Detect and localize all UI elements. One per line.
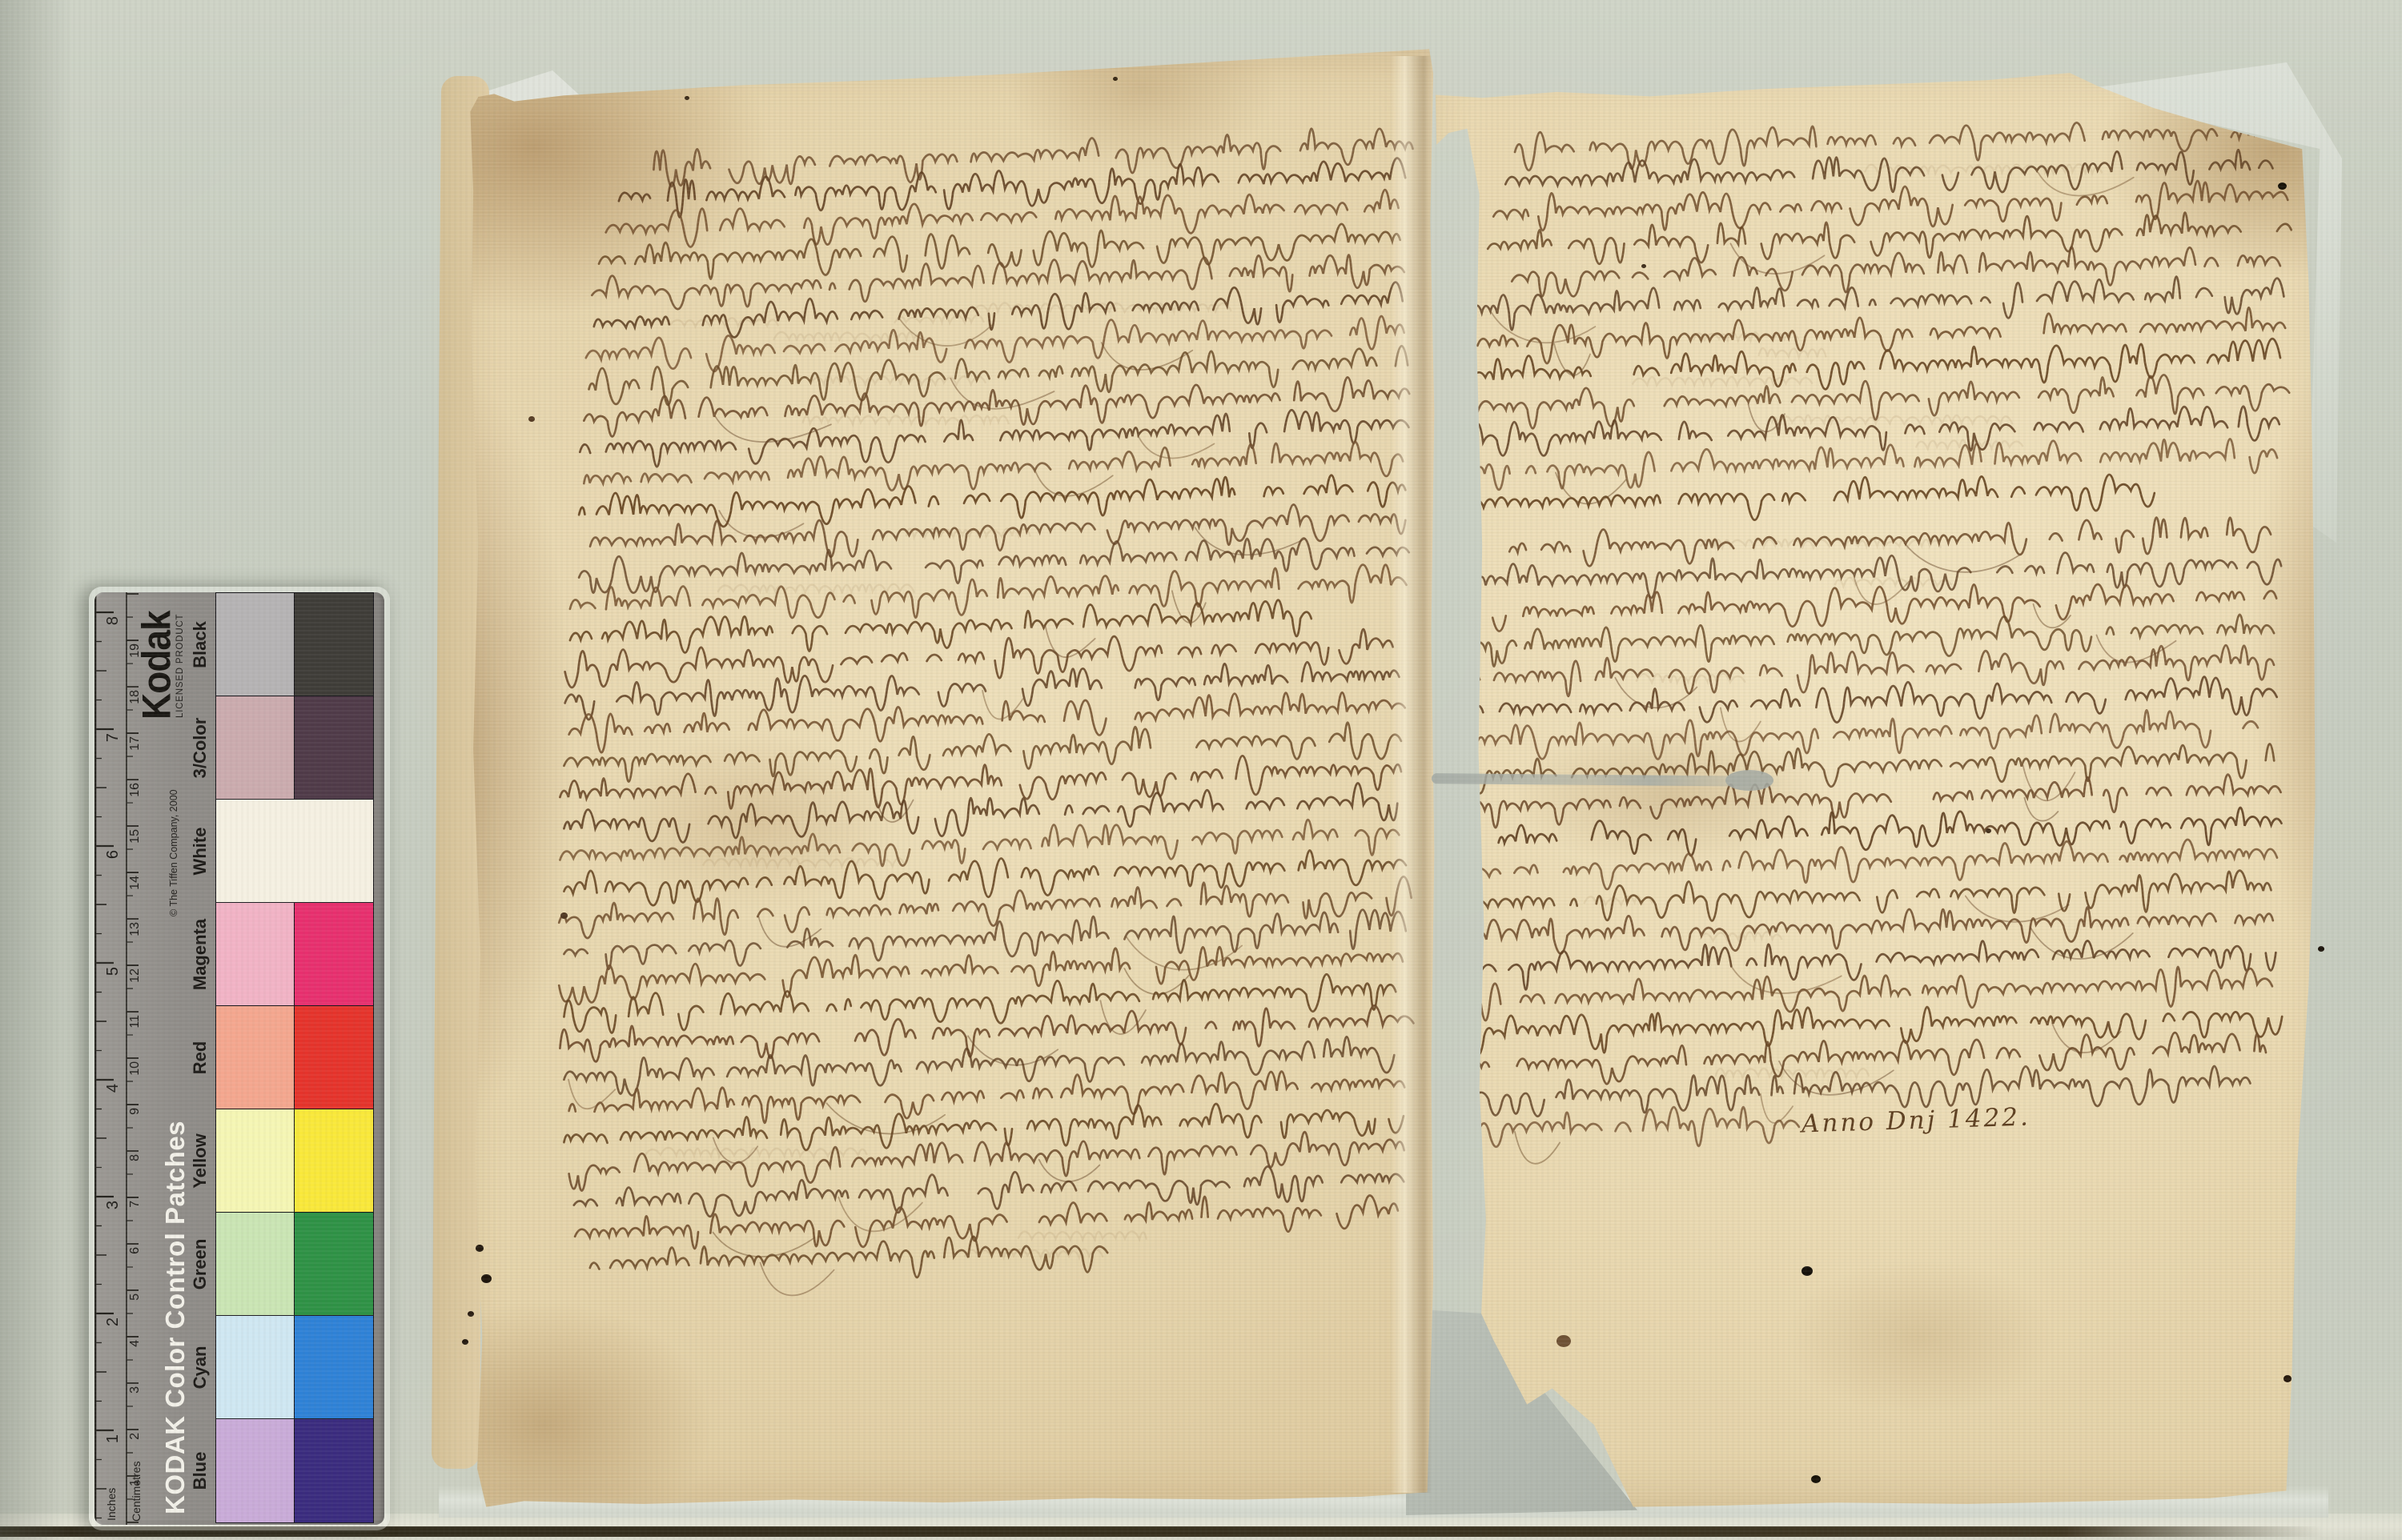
strip-copyright: © The Tiffen Company, 2000 [168, 789, 179, 916]
handwritten-line [564, 1037, 1412, 1095]
ink-flourish [713, 1233, 814, 1257]
inch-number: 7 [104, 733, 123, 742]
ink-flourish [2038, 173, 2134, 196]
handwritten-line [560, 756, 1401, 808]
cm-number: 19 [128, 644, 143, 658]
handwritten-line [569, 1132, 1404, 1190]
show-through-ghost [645, 1148, 867, 1157]
color-patch-cyan-dark [295, 1316, 373, 1419]
inch-number: 6 [104, 850, 123, 859]
show-through-ghost [1758, 348, 1826, 357]
patch-label-black: Black [190, 621, 211, 668]
color-patch-3-color-dark [295, 696, 373, 800]
patch-label-magenta: Magenta [190, 919, 211, 990]
inch-number: 1 [104, 1434, 123, 1443]
ink-flourish [1731, 965, 1842, 993]
patch-label-cyan: Cyan [190, 1346, 211, 1390]
inch-number: 2 [104, 1317, 123, 1326]
cm-number: 18 [128, 690, 143, 704]
handwritten-line [1473, 475, 2155, 520]
color-patch-red-dark [295, 1006, 373, 1109]
show-through-ghost [1772, 415, 2012, 424]
handwritten-line [589, 346, 1408, 405]
patch-label-blue: Blue [190, 1452, 211, 1490]
handwritten-line [1479, 1107, 1799, 1147]
color-patch-white [216, 800, 373, 903]
kodak-color-card: KODAK Color Control Patches © The Tiffen… [94, 592, 384, 1525]
cm-number: 14 [128, 876, 143, 890]
ink-flourish [761, 1263, 834, 1296]
handwritten-line [1473, 940, 2276, 989]
ink-spot [481, 1274, 492, 1283]
ink-flourish [1721, 708, 1761, 741]
licensed-product-label: LICENSED PRODUCT [175, 614, 185, 718]
cm-number: 12 [128, 969, 143, 983]
color-patch-green-light [216, 1213, 295, 1316]
handwritten-line [564, 783, 1397, 842]
color-patch-magenta-light [216, 903, 295, 1006]
ink-spot [462, 1339, 468, 1345]
cm-number: 13 [128, 922, 143, 936]
handwritten-line [1473, 808, 2282, 856]
cm-number: 3 [128, 1386, 143, 1394]
inch-number: 4 [104, 1084, 123, 1093]
patch-label-red: Red [190, 1041, 211, 1075]
show-through-ghost [810, 376, 986, 385]
cm-number: 16 [128, 783, 143, 797]
handwritten-line [569, 1072, 1405, 1123]
color-patch-green-dark [295, 1213, 373, 1316]
centimetres-label: Centimetres [130, 1462, 143, 1522]
cm-number: 1 [128, 1479, 143, 1486]
ink-flourish [2034, 604, 2071, 628]
color-patch-cyan-light [216, 1316, 295, 1419]
cm-number: 11 [128, 1015, 143, 1029]
ink-flourish [2025, 798, 2059, 821]
handwritten-line [1473, 744, 2275, 793]
handwritten-line [1492, 584, 2276, 632]
inch-number: 8 [104, 616, 123, 625]
cm-number: 6 [128, 1247, 143, 1254]
handwritten-line [1473, 871, 2271, 921]
show-through-ghost [803, 415, 1009, 424]
patch-label-yellow: Yellow [190, 1133, 211, 1188]
handwritten-line [1481, 967, 2272, 1021]
handwritten-line [1469, 645, 2274, 696]
handwritten-line [1473, 277, 2284, 331]
paper-crack-blob [1725, 770, 1773, 791]
handwritten-line [575, 1196, 1398, 1249]
cm-number: 5 [128, 1293, 143, 1301]
handwritten-line [619, 158, 1405, 217]
handwritten-line [1469, 710, 2278, 759]
ink-spot [1986, 828, 1991, 833]
inch-number: 5 [104, 967, 123, 976]
ink-flourish [1515, 1132, 1560, 1164]
handwritten-line [570, 600, 1311, 653]
ink-spot [476, 1245, 484, 1252]
ink-spot [528, 416, 535, 422]
cm-number: 4 [128, 1340, 143, 1347]
ink-flourish [838, 1197, 922, 1232]
handwritten-line [1469, 840, 2277, 889]
cm-number: 7 [128, 1201, 143, 1208]
handwritten-line [580, 410, 1408, 467]
inch-number: 3 [104, 1201, 123, 1209]
cm-number: 17 [128, 736, 143, 751]
show-through-ghost [1633, 377, 1813, 386]
color-patch-red-light [216, 1006, 295, 1109]
show-through-ghost [1018, 1232, 1147, 1240]
show-through-ghost [773, 332, 925, 341]
cm-number: 8 [128, 1154, 143, 1161]
show-through-ghost [1716, 1069, 1869, 1077]
color-patch-black-light [216, 593, 295, 696]
color-patch-black-dark [295, 593, 373, 696]
ink-spot [560, 912, 568, 919]
handwritten-line [590, 1237, 1123, 1277]
handwritten-line [584, 442, 1403, 491]
cm-number: 9 [128, 1108, 143, 1115]
handwritten-line [1488, 213, 2292, 264]
handwritten-line [1473, 676, 2277, 722]
handwritten-line [1512, 247, 2280, 296]
color-patch-yellow-light [216, 1109, 295, 1213]
ink-flourish [1138, 435, 1214, 459]
handwritten-line [574, 1166, 1404, 1216]
color-patch-magenta-dark [295, 903, 373, 1006]
strip-title: KODAK Color Control Patches [160, 1121, 191, 1514]
handwritten-line [1473, 615, 2275, 667]
handwritten-line [560, 820, 1399, 866]
cm-number: 15 [128, 829, 143, 844]
ink-flourish [568, 1080, 615, 1109]
show-through-ghost [670, 318, 779, 327]
handwritten-line [1505, 150, 2272, 192]
page-fold-gap [1390, 56, 1432, 1493]
handwritten-line [1469, 907, 2273, 953]
ink-flourish [1761, 1094, 1793, 1123]
archival-photograph: Anno Dnj 1422. KODAK Color Control Patch… [0, 0, 2402, 1540]
handwritten-line [1469, 1033, 2266, 1084]
manuscript-page-left [444, 44, 1441, 1513]
color-patch-yellow-dark [295, 1109, 373, 1213]
handwriting-left [444, 44, 1441, 1513]
cm-number: 10 [128, 1061, 143, 1076]
color-patch-blue-light [216, 1419, 295, 1522]
color-patch-3-color-light [216, 696, 295, 800]
handwritten-line [559, 947, 1403, 1005]
color-patch-blue-dark [295, 1419, 373, 1522]
handwritten-line [1469, 439, 2277, 492]
ink-spot [2284, 1375, 2292, 1382]
handwritten-line [1469, 375, 2289, 428]
handwritten-line [1479, 552, 2282, 598]
patch-label-green: Green [190, 1239, 211, 1290]
handwritten-line [1509, 518, 2284, 567]
patch-label-white: White [190, 828, 211, 876]
patch-label-3-color: 3/Color [190, 718, 211, 779]
inches-label: Inches [105, 1488, 118, 1521]
show-through-ghost [703, 858, 905, 867]
ink-flourish [2023, 766, 2075, 801]
handwritten-line [569, 692, 1405, 752]
ink-spot [1801, 1266, 1813, 1276]
handwritten-line [579, 539, 1409, 593]
cm-number: 2 [128, 1433, 143, 1440]
ink-spot [468, 1311, 474, 1317]
ink-spot [2318, 946, 2324, 952]
kodak-color-strip: KODAK Color Control Patches © The Tiffen… [94, 592, 384, 1525]
handwritten-line [579, 475, 1405, 527]
